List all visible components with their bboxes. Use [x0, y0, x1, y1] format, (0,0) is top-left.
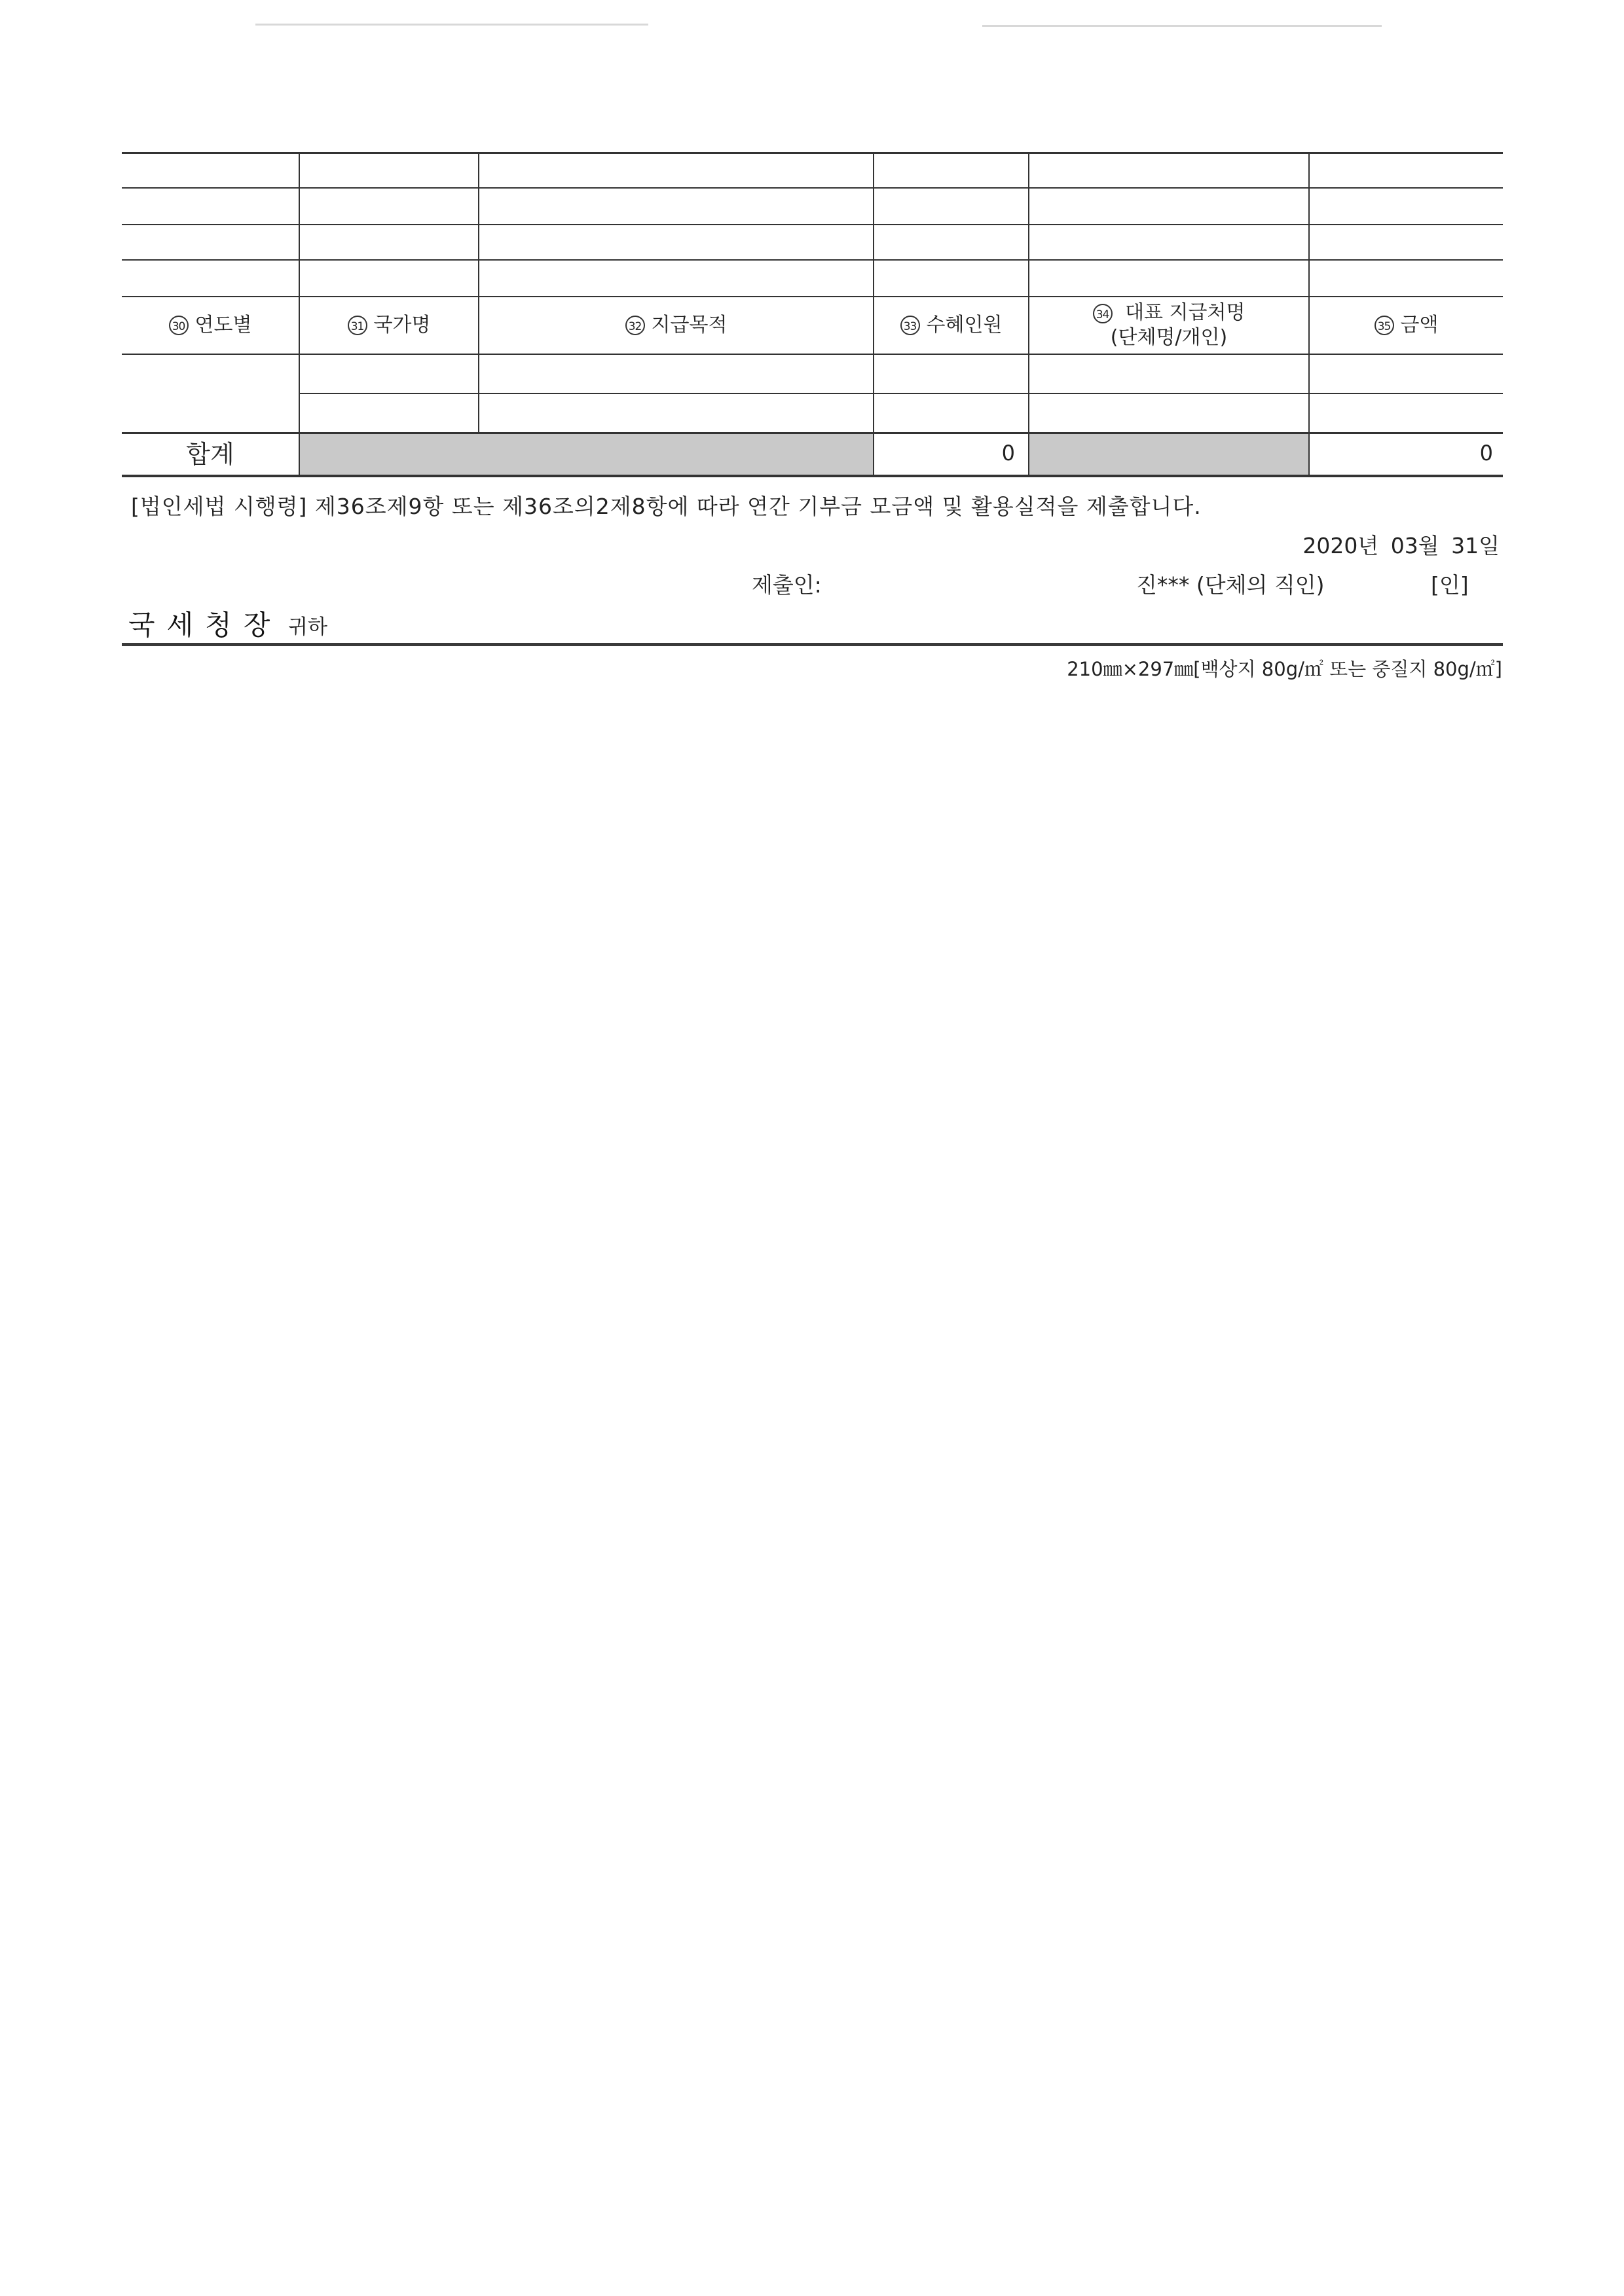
- header-country: 31 국가명: [300, 297, 478, 354]
- seal-mark: [인]: [1431, 568, 1469, 599]
- header-recipients: 33 수혜인원: [874, 297, 1028, 354]
- document-page: 30 연도별 31 국가명 32 지급목적 33 수혜인원 34 대표 지급처명…: [0, 0, 1624, 2296]
- circled-number-icon: 34: [1093, 304, 1113, 323]
- table-rule: [122, 224, 1503, 225]
- addressee: 국세청장: [128, 604, 282, 643]
- circled-number-icon: 30: [169, 316, 189, 335]
- table-row: [122, 394, 1503, 432]
- shaded-cell: [1029, 434, 1308, 475]
- table-rule: [122, 152, 1503, 154]
- table-rule: [122, 475, 1503, 477]
- circled-number-icon: 35: [1375, 316, 1394, 335]
- shaded-cell: [300, 434, 873, 475]
- total-recipients: 0: [874, 441, 1015, 465]
- scan-artifact: [982, 25, 1382, 27]
- table-rule: [122, 187, 1503, 189]
- total-amount: 0: [1310, 441, 1493, 465]
- circled-number-icon: 32: [625, 316, 645, 335]
- header-amount: 35 금액: [1310, 297, 1503, 354]
- table-row: [122, 355, 1503, 393]
- total-label: 합계: [122, 434, 299, 475]
- bottom-rule: [122, 643, 1503, 646]
- table-rule: [122, 259, 1503, 261]
- submission-statement: [법인세법 시행령] 제36조제9항 또는 제36조의2제8항에 따라 연간 기…: [131, 490, 1202, 520]
- circled-number-icon: 31: [348, 316, 367, 335]
- submitter-label: 제출인:: [752, 568, 822, 599]
- circled-number-icon: 33: [900, 316, 920, 335]
- submitter-name: 진*** (단체의 직인): [1136, 568, 1325, 599]
- submission-date: 2020년 03월 31일: [1302, 529, 1500, 560]
- header-year: 30 연도별: [122, 297, 299, 354]
- scan-artifact: [255, 24, 648, 26]
- header-payee-sublabel: (단체명/개인): [1111, 325, 1227, 350]
- addressee-honorific: 귀하: [288, 610, 327, 640]
- paper-spec: 210㎜×297㎜[백상지 80g/㎡ 또는 중질지 80g/㎡]: [1067, 655, 1502, 682]
- header-purpose: 32 지급목적: [479, 297, 873, 354]
- header-payee: 34 대표 지급처명 (단체명/개인): [1029, 297, 1308, 354]
